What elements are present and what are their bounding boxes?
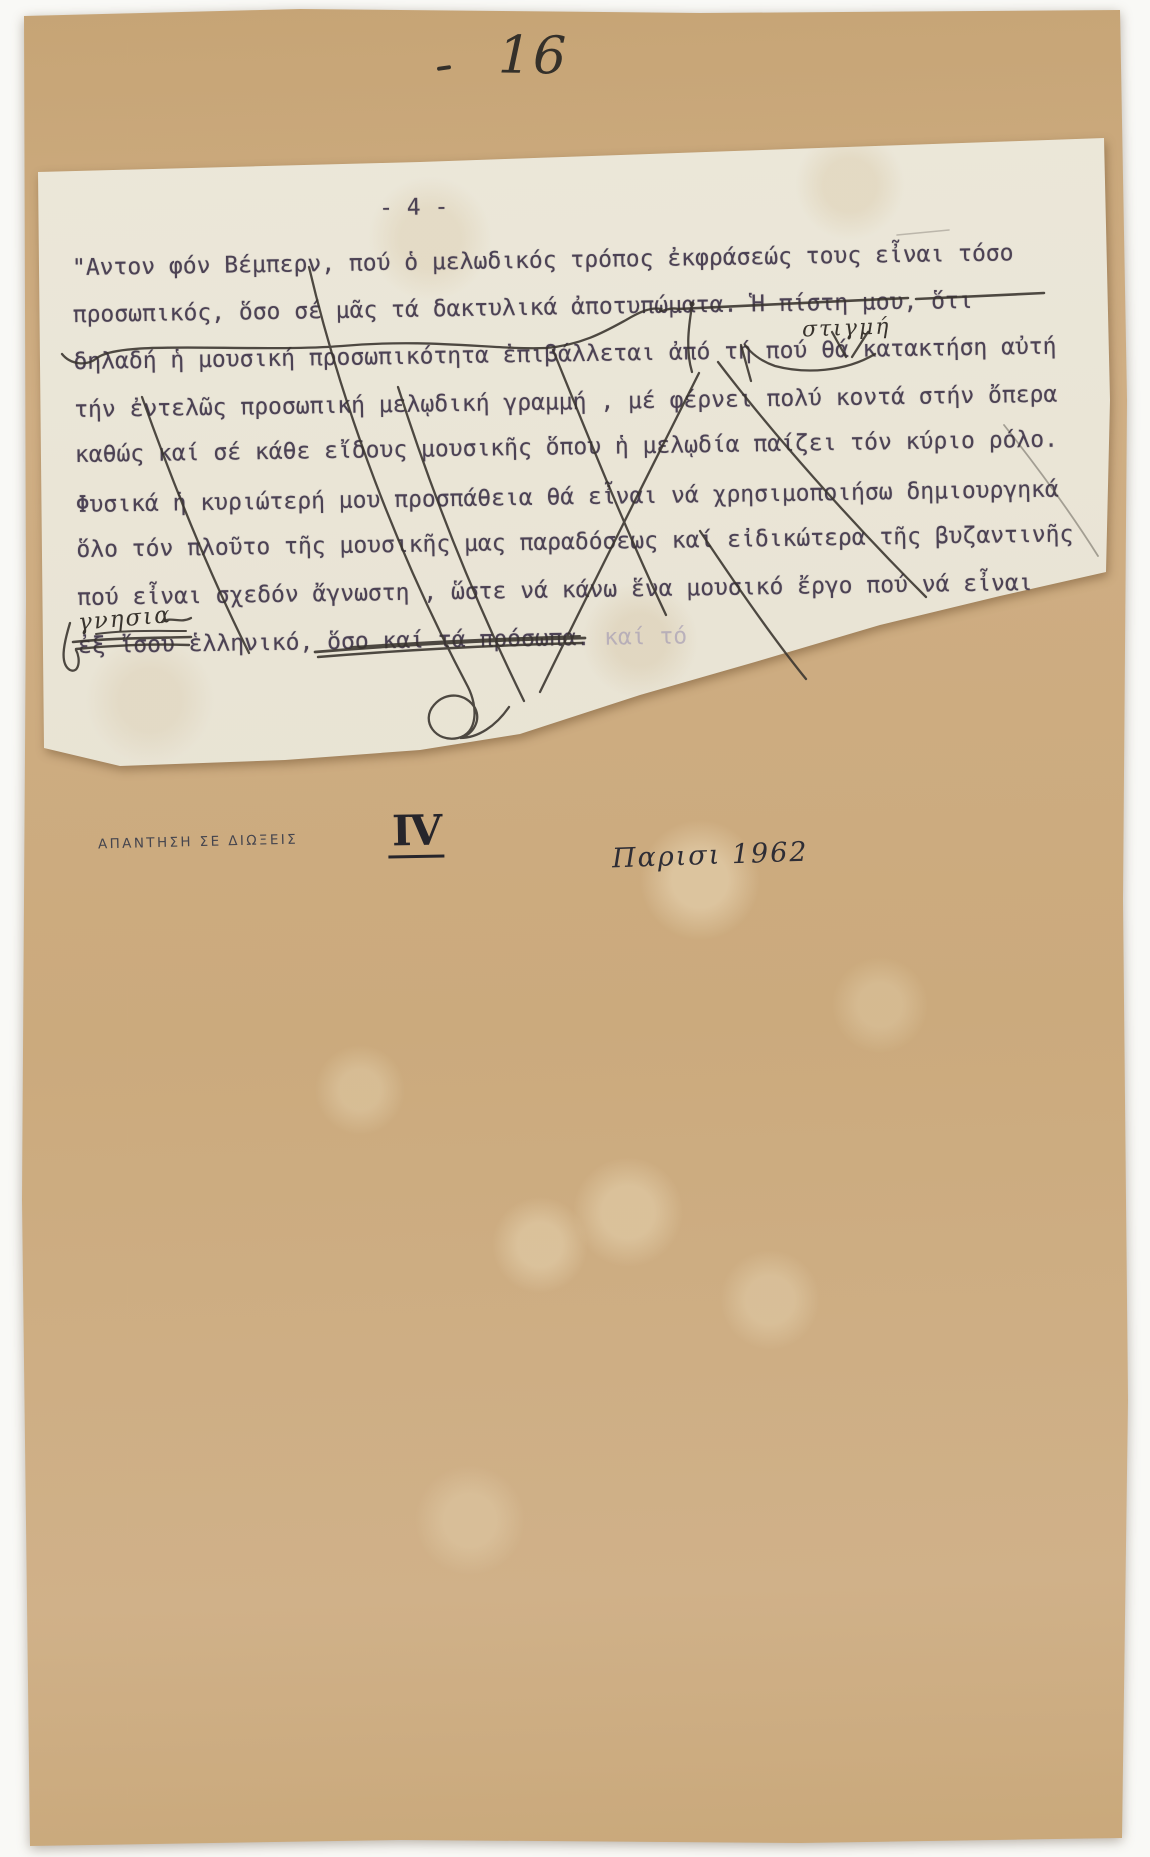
insert-caret-left xyxy=(832,332,846,357)
insert-caret-right xyxy=(852,332,868,357)
diagonal-3 xyxy=(142,397,249,653)
strike-ex-isou-3 xyxy=(96,631,186,634)
scanned-document-page: 16 - 4 - "Αντον φόν Βέμπερν, πού ὁ μελωδ… xyxy=(0,0,1150,1857)
annotation-roman-numeral: IV xyxy=(388,808,445,859)
gnisia-tail xyxy=(162,618,191,622)
diagonal-5 xyxy=(718,362,926,597)
diagonal-2 xyxy=(398,387,524,701)
insert-vertical-mark xyxy=(688,306,692,372)
diagonal-7 xyxy=(700,531,806,679)
gnisia-descender xyxy=(64,623,79,671)
curve-over-pou xyxy=(745,345,875,370)
cross-out-strokes xyxy=(62,230,1098,739)
wavy-line xyxy=(62,343,546,363)
insert-mark-dot xyxy=(689,301,694,306)
strikethrough-line2b xyxy=(916,293,1044,299)
faint-top-line xyxy=(897,230,949,235)
pen-marks-overlay xyxy=(0,0,1150,1857)
diagonal-8-faint xyxy=(1004,425,1098,556)
strike-ex-isou-2 xyxy=(76,645,189,649)
diagonal-1-with-loops xyxy=(309,267,509,739)
diagonal-4 xyxy=(553,350,666,615)
strikethrough-line2 xyxy=(678,298,908,309)
wavy-line-dip xyxy=(546,308,678,348)
strike-ex-isou-1 xyxy=(73,637,191,642)
